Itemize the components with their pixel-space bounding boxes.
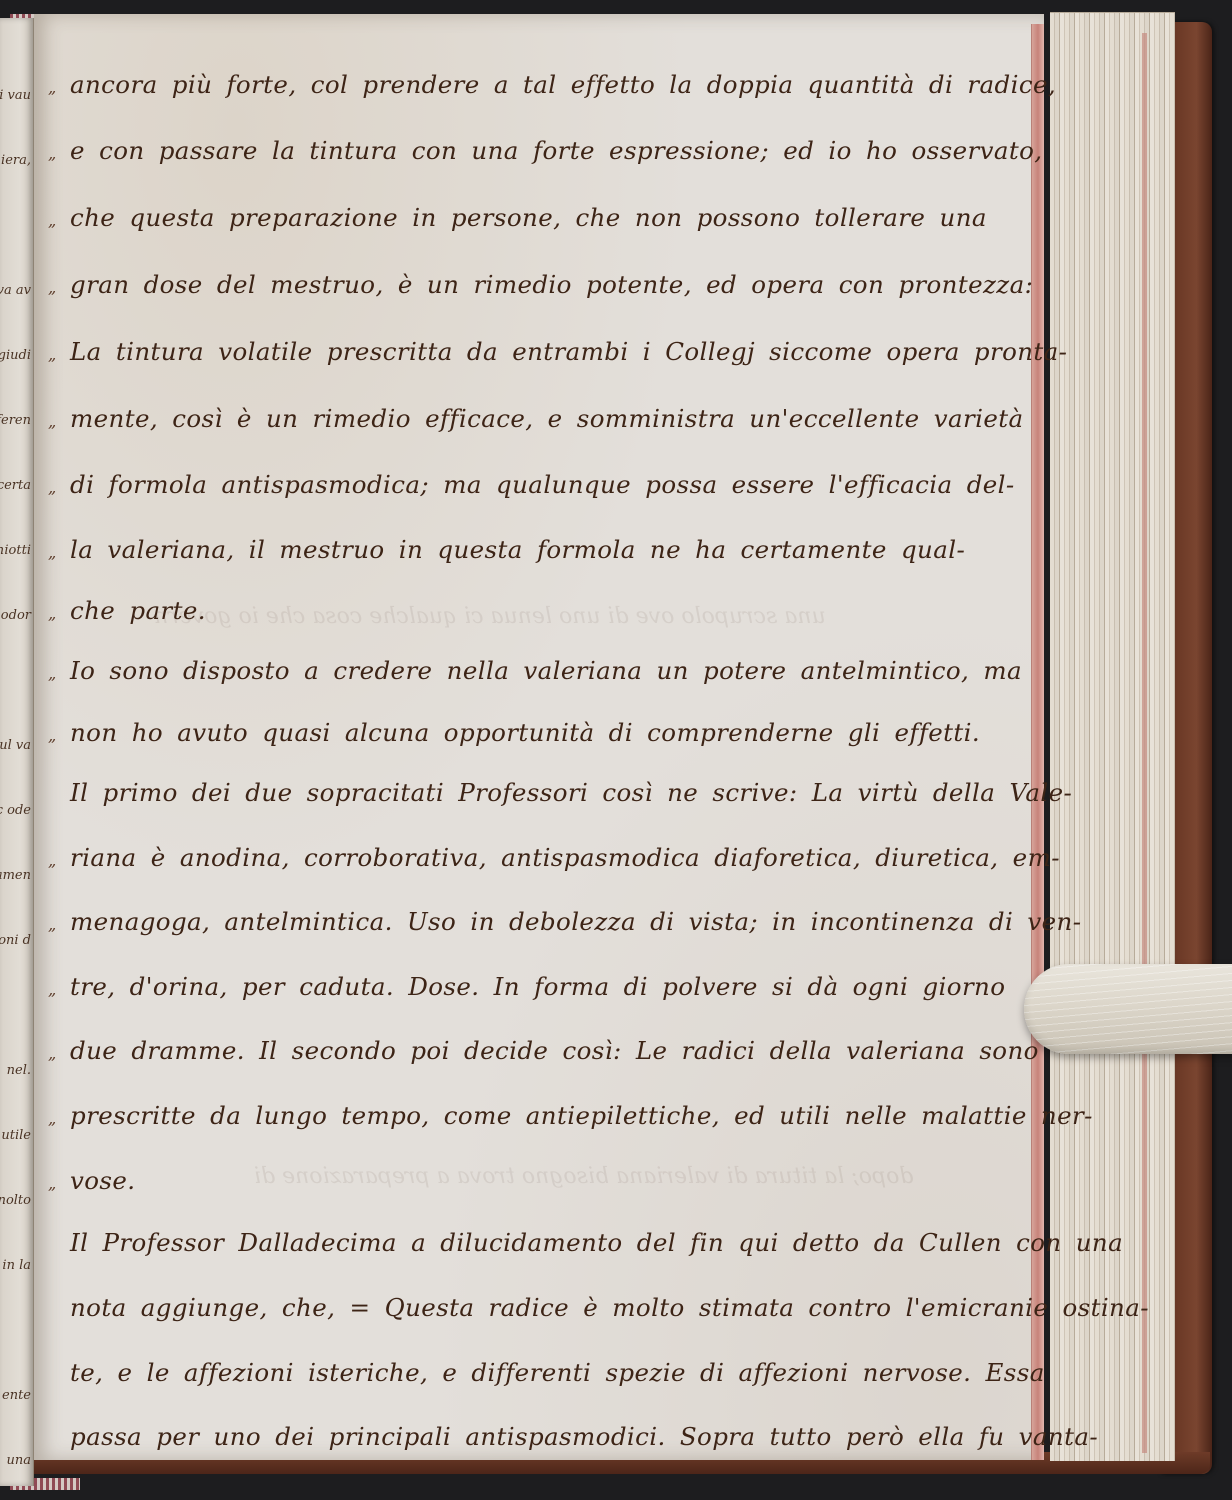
- line-text: prescritte da lungo tempo, come antiepil…: [70, 1101, 1093, 1130]
- quotation-mark: „: [48, 851, 70, 870]
- manuscript-line: „mente, così è un rimedio efficace, e so…: [48, 404, 1023, 450]
- manuscript-line: „prescritte da lungo tempo, come antiepi…: [48, 1101, 1093, 1147]
- quotation-mark: „: [48, 980, 70, 999]
- quotation-mark: „: [48, 726, 70, 745]
- line-text: la valeriana, il mestruo in questa formo…: [70, 535, 965, 564]
- manuscript-line: Il primo dei due sopracitati Professori …: [48, 778, 1072, 824]
- line-text: due dramme. Il secondo poi decide così: …: [70, 1036, 1039, 1065]
- line-text: che parte.: [70, 596, 206, 625]
- left-page-fragment: nolto: [0, 1193, 31, 1208]
- bleed-through-text: dopo; la titura di valeriana bisogno tro…: [254, 1164, 913, 1189]
- line-text: ancora più forte, col prendere a tal eff…: [70, 70, 1056, 99]
- line-text: che questa preparazione in persone, che …: [70, 203, 987, 232]
- left-page-fragment: nc ode: [0, 803, 31, 818]
- manuscript-line: „La tintura volatile prescritta da entra…: [48, 337, 1067, 383]
- line-text: tre, d'orina, per caduta. Dose. In forma…: [70, 972, 1005, 1001]
- line-text: mente, così è un rimedio efficace, e som…: [70, 404, 1023, 433]
- left-page-fragment: certa: [0, 478, 31, 493]
- quotation-mark: „: [48, 211, 70, 230]
- left-page-fragment: hiotti: [0, 543, 31, 558]
- quotation-mark: „: [48, 278, 70, 297]
- quotation-mark: „: [48, 543, 70, 562]
- line-text: di formola antispasmodica; ma qualunque …: [70, 470, 1015, 499]
- manuscript-line: „gran dose del mestruo, è un rimedio pot…: [48, 270, 1033, 316]
- left-page-fragment: in la: [2, 1258, 31, 1273]
- manuscript-line: „due dramme. Il secondo poi decide così:…: [48, 1036, 1039, 1082]
- line-text: e con passare la tintura con una forte e…: [70, 136, 1042, 165]
- quotation-mark: „: [48, 412, 70, 431]
- left-page-fragment: ni vau: [0, 88, 31, 103]
- quotation-mark: „: [48, 478, 70, 497]
- manuscript-line: Il Professor Dalladecima a dilucidamento…: [48, 1228, 1123, 1274]
- manuscript-line: „che questa preparazione in persone, che…: [48, 203, 987, 249]
- left-page-fragment: ioni d: [0, 933, 31, 948]
- quotation-mark: „: [48, 1174, 70, 1193]
- manuscript-line: „tre, d'orina, per caduta. Dose. In form…: [48, 972, 1005, 1018]
- manuscript-line: „di formola antispasmodica; ma qualunque…: [48, 470, 1015, 516]
- manuscript-page: una scrupolo ove di uno lenua ci qualche…: [34, 14, 1044, 1460]
- line-text: Il Professor Dalladecima a dilucidamento…: [70, 1228, 1123, 1257]
- manuscript-line: „non ho avuto quasi alcuna opportunità d…: [48, 718, 980, 764]
- manuscript-line: „riana è anodina, corroborativa, antispa…: [48, 843, 1060, 889]
- left-page-fragment: odor: [1, 608, 31, 623]
- line-text: gran dose del mestruo, è un rimedio pote…: [70, 270, 1033, 299]
- manuscript-line: „che parte.: [48, 596, 206, 642]
- line-text: non ho avuto quasi alcuna opportunità di…: [70, 718, 980, 747]
- left-page-fragment: ifferen: [0, 413, 31, 428]
- line-text: vose.: [70, 1166, 135, 1195]
- bleed-through-text: una scrupolo ove di uno lenua ci qualche…: [154, 604, 826, 629]
- manuscript-line: „Io sono disposto a credere nella valeri…: [48, 656, 1022, 702]
- manuscript-line: „ancora più forte, col prendere a tal ef…: [48, 70, 1056, 116]
- line-text: Io sono disposto a credere nella valeria…: [70, 656, 1022, 685]
- line-text: nota aggiunge, che, = Questa radice è mo…: [70, 1293, 1149, 1322]
- line-text: La tintura volatile prescritta da entram…: [70, 337, 1067, 366]
- book-photo: ni vauaniera,va avgiudiifferencertahiott…: [0, 0, 1232, 1500]
- left-page-fragment: giudi: [0, 348, 31, 363]
- line-text: riana è anodina, corroborativa, antispas…: [70, 843, 1060, 872]
- manuscript-line: „e con passare la tintura con una forte …: [48, 136, 1042, 182]
- line-text: Il primo dei due sopracitati Professori …: [70, 778, 1072, 807]
- manuscript-line: nota aggiunge, che, = Questa radice è mo…: [48, 1293, 1149, 1339]
- quotation-mark: „: [48, 664, 70, 683]
- quotation-mark: „: [48, 1109, 70, 1128]
- quotation-mark: „: [48, 604, 70, 623]
- manuscript-line: te, e le affezioni isteriche, e differen…: [48, 1358, 1045, 1404]
- left-page-fragment: nel.: [7, 1063, 31, 1078]
- left-page-fragment: ente: [2, 1388, 31, 1403]
- left-page-fragment: una: [7, 1453, 32, 1468]
- left-page: ni vauaniera,va avgiudiifferencertahiott…: [0, 18, 34, 1486]
- quotation-mark: „: [48, 78, 70, 97]
- manuscript-line: passa per uno dei principali antispasmod…: [48, 1422, 1098, 1468]
- ivory-page-pointer: [1024, 964, 1232, 1054]
- left-page-fragment: rul va: [0, 738, 31, 753]
- manuscript-line: „la valeriana, il mestruo in questa form…: [48, 535, 965, 581]
- manuscript-line: „vose.: [48, 1166, 135, 1212]
- line-text: passa per uno dei principali antispasmod…: [70, 1422, 1098, 1451]
- left-page-fragment: va av: [0, 283, 31, 298]
- line-text: te, e le affezioni isteriche, e differen…: [70, 1358, 1045, 1387]
- quotation-mark: „: [48, 144, 70, 163]
- left-page-fragment: lamen: [0, 868, 31, 883]
- manuscript-line: „menagoga, antelmintica. Uso in debolezz…: [48, 907, 1081, 953]
- quotation-mark: „: [48, 915, 70, 934]
- left-page-fragment: aniera,: [0, 153, 31, 168]
- quotation-mark: „: [48, 345, 70, 364]
- line-text: menagoga, antelmintica. Uso in debolezza…: [70, 907, 1081, 936]
- quotation-mark: „: [48, 1044, 70, 1063]
- left-page-fragment: utile: [1, 1128, 31, 1143]
